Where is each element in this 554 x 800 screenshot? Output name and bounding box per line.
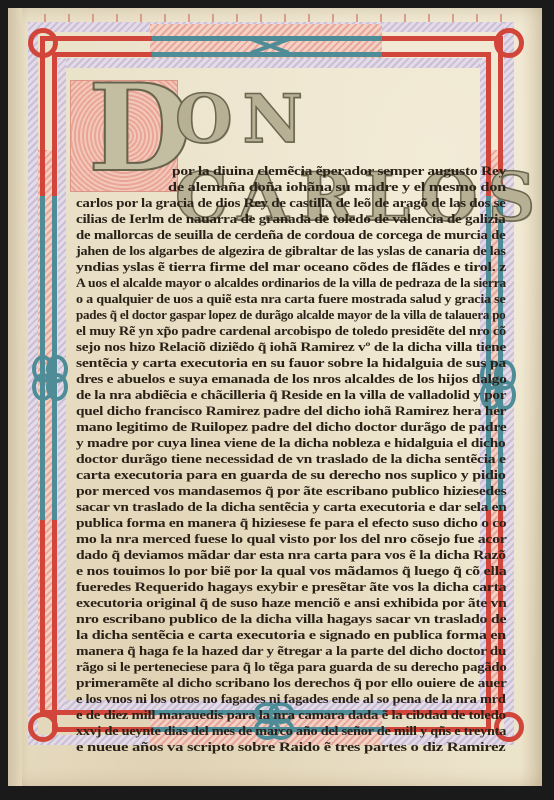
red-rail-left-2 xyxy=(52,52,57,196)
text-line: el muy Rẽ yn xp̃o padre cardenal arcobis… xyxy=(76,324,506,339)
corner-loop-top-right xyxy=(494,28,524,58)
red-rail-left-1 xyxy=(40,36,45,196)
red-rail-top-1 xyxy=(44,36,152,41)
text-line: sejo nos hizo Relaciõ diziẽdo q̃ iohã Ra… xyxy=(76,340,506,355)
corner-loop-top-left xyxy=(28,28,58,58)
text-line: publica forma en manera q̃ hiziesese fe … xyxy=(76,516,506,531)
red-rail-left-4 xyxy=(52,520,57,732)
teal-rail-top-1 xyxy=(152,36,382,41)
red-rail-top-2 xyxy=(56,52,152,57)
text-line: fueredes Requerido hagays exybir e presẽ… xyxy=(76,580,506,595)
text-line: sacar vn traslado de la dicha sentẽcia y… xyxy=(76,500,507,515)
text-line: dado q̃ deviamos mãdar dar esta nra cart… xyxy=(76,548,506,563)
text-line: y madre por cuya linea viene de la dicha… xyxy=(76,436,505,451)
text-line: dres e abuelos e suya emanada de los nro… xyxy=(76,372,507,387)
knot-left-d xyxy=(46,373,68,401)
red-rail-top-3 xyxy=(382,36,500,41)
text-line: carlos por la gracia de dios Rey de cast… xyxy=(76,196,506,211)
text-line: jahen de los algarbes de algezira de gib… xyxy=(76,244,506,259)
text-line: cilias de Ierlm de nauarra de granada de… xyxy=(76,212,505,227)
text-line: nro escribano publico de la dicha villa … xyxy=(76,612,506,627)
text-line: mo la nra merced fuese lo qual visto por… xyxy=(76,532,507,547)
text-line: executoria original q̃ de suso haze menc… xyxy=(76,596,507,611)
text-line: e los vnos ni los otros no fagades ni fa… xyxy=(76,692,506,707)
text-line: manera q̃ haga fe la hazed dar y ẽtregar… xyxy=(76,644,506,659)
text-line: quel dicho francisco Ramirez padre del d… xyxy=(76,404,506,419)
text-line: o a qualquier de uos a quiẽ esta nra car… xyxy=(76,292,506,307)
text-line: e nueue años va scripto sobre Raido ẽ tr… xyxy=(76,740,505,755)
text-line: A uos el alcalde mayor o alcaldes ordina… xyxy=(76,276,506,291)
text-line: rãgo si le perteneciese para q̃ lo tẽga … xyxy=(76,660,507,675)
text-line: e nos touimos lo por biẽ por la qual vos… xyxy=(76,564,506,579)
top-pen-flourishes xyxy=(30,14,510,22)
text-line: doctor durãgo tiene necessidad de vn tra… xyxy=(76,452,506,467)
text-line: pades q̃ el doctor gaspar lopez de durãg… xyxy=(76,308,506,323)
text-line: carta executoria para en guarda de su de… xyxy=(76,468,506,483)
text-line: e de diez mill marauedis para la nra cam… xyxy=(76,708,506,723)
corner-loop-bottom-left xyxy=(28,712,58,742)
text-line: de alemaña doña iohãna su madre y el mes… xyxy=(168,180,506,195)
text-line: de la nra abdiẽcia e chãcilleria q̃ Resi… xyxy=(76,388,506,403)
red-rail-left-3 xyxy=(40,520,45,715)
text-line: mano legitimo de Ruilopez padre del dich… xyxy=(76,420,506,435)
teal-rail-top-2 xyxy=(152,52,382,57)
text-line: yndias yslas ẽ tierra firme del mar ocea… xyxy=(76,260,506,275)
text-line: por la diuina clemẽcia ẽperador semper a… xyxy=(172,164,506,179)
text-line: de mallorcas de seuilla de cerdeña de co… xyxy=(76,228,505,243)
text-line: primeramẽte al dicho scribano los derech… xyxy=(76,676,507,691)
text-line: sentẽcia y carta executoria en su fauor … xyxy=(76,356,506,371)
text-line: por merced vos mandasemos q̃ por ãte esc… xyxy=(76,484,506,499)
text-line: la dicha sentẽcia e carta executoria e s… xyxy=(76,628,506,643)
red-rail-top-4 xyxy=(382,52,488,57)
text-line: xxvj de ueynte dias del mes de marco año… xyxy=(76,724,506,739)
page-gutter xyxy=(8,8,22,786)
